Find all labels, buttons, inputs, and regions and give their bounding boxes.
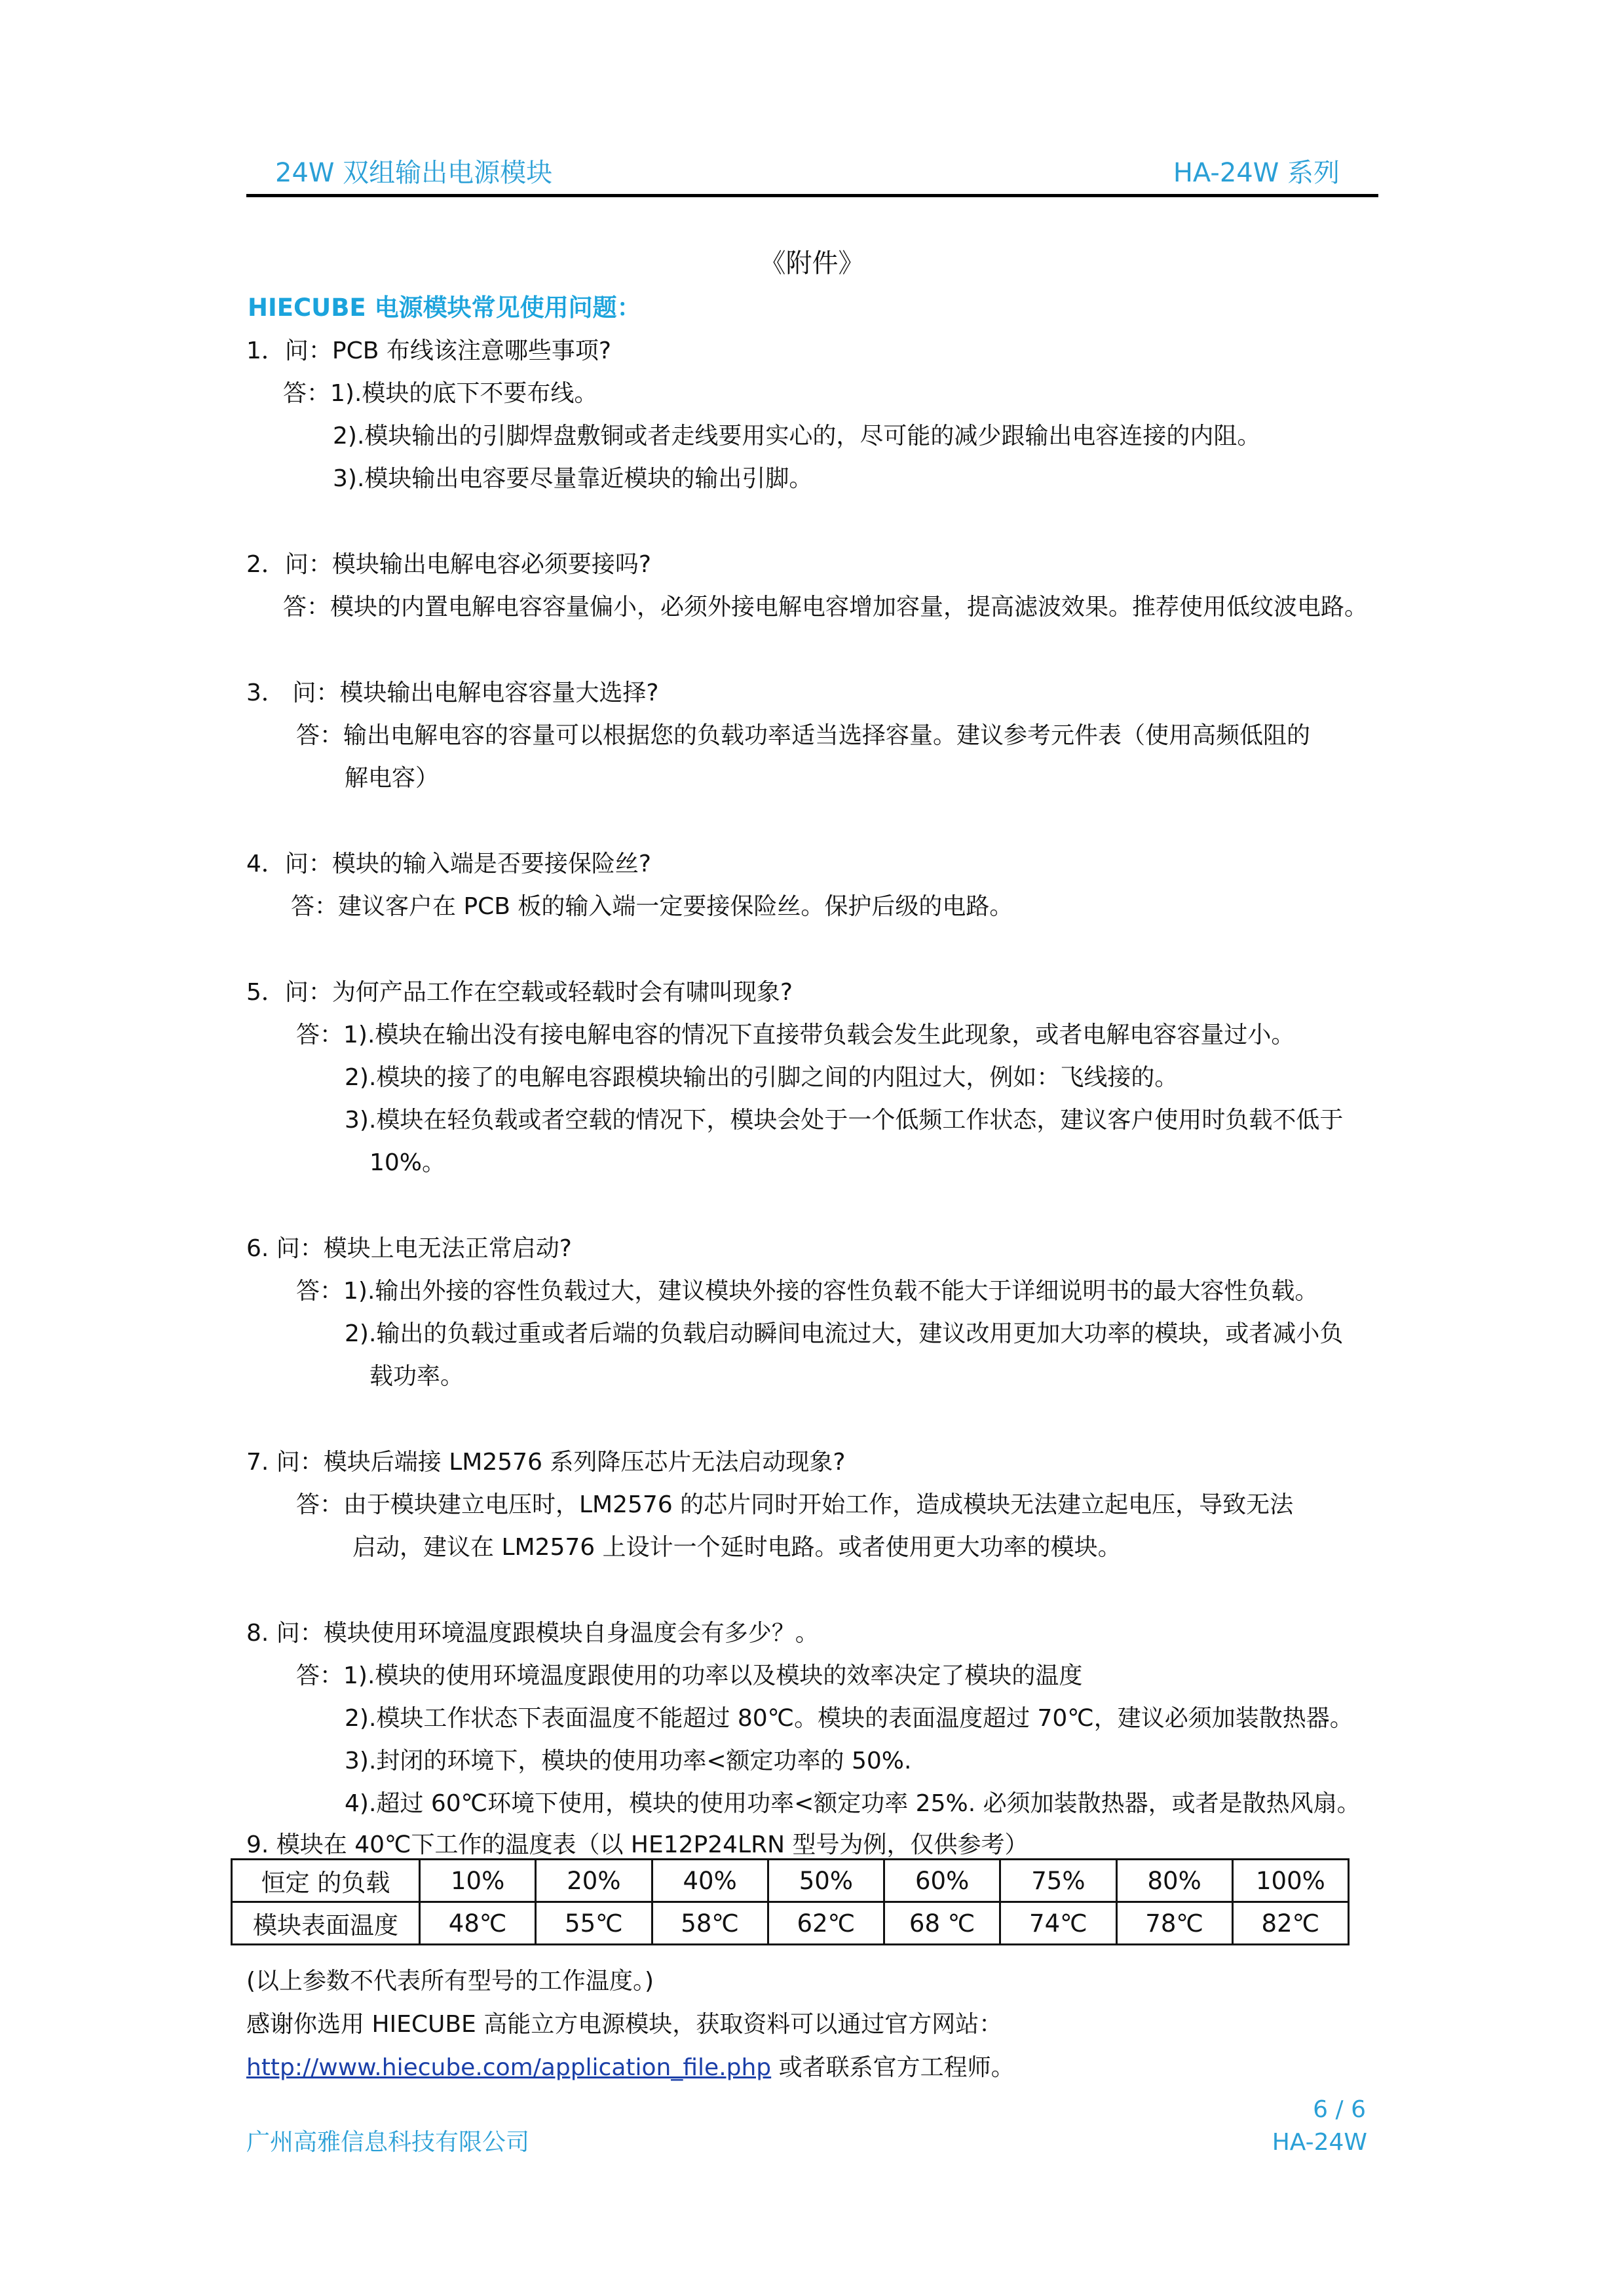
faq-5-answer-4: 10%。 bbox=[369, 1146, 445, 1180]
website-link[interactable]: http://www.hiecube.com/application_file.… bbox=[246, 2054, 771, 2081]
faq-3-question: 3． 问：模块输出电解电容容量大选择? bbox=[246, 676, 658, 710]
faq-6-answer-2: 2).输出的负载过重或者后端的负载启动瞬间电流过大，建议改用更加大功率的模块，或… bbox=[345, 1317, 1343, 1351]
table-cell: 20% bbox=[536, 1860, 652, 1902]
table-caption: 9. 模块在 40℃下工作的温度表（以 HE12P24LRN 型号为例，仅供参考… bbox=[246, 1828, 1029, 1862]
faq-5-answer-1: 答：1).模块在输出没有接电解电容的情况下直接带负载会发生此现象，或者电解电容容… bbox=[296, 1018, 1294, 1052]
faq-8-answer-4: 4).超过 60℃环境下使用，模块的使用功率<额定功率 25%. 必须加装散热器… bbox=[345, 1787, 1361, 1821]
table-cell: 40% bbox=[652, 1860, 768, 1902]
contact-suffix: 或者联系官方工程师。 bbox=[771, 2054, 1014, 2081]
table-cell: 58℃ bbox=[652, 1902, 768, 1945]
header-divider bbox=[246, 194, 1378, 197]
row-header-temperature: 模块表面温度 bbox=[232, 1902, 420, 1945]
table-cell: 62℃ bbox=[768, 1902, 884, 1945]
document-title: 《附件》 bbox=[0, 245, 1624, 282]
temperature-table: 恒定 的负载 10% 20% 40% 50% 60% 75% 80% 100% … bbox=[231, 1858, 1350, 1945]
thanks-text: 感谢你选用 HIECUBE 高能立方电源模块，获取资料可以通过官方网站： bbox=[246, 2008, 1002, 2042]
faq-6-question: 6. 问：模块上电无法正常启动? bbox=[246, 1232, 572, 1266]
faq-8-answer-3: 3).封闭的环境下，模块的使用功率<额定功率的 50%. bbox=[345, 1744, 911, 1778]
table-cell: 80% bbox=[1116, 1860, 1232, 1902]
faq-8-question: 8. 问：模块使用环境温度跟模块自身温度会有多少？。 bbox=[246, 1617, 819, 1651]
footer-model: HA-24W bbox=[1272, 2127, 1367, 2158]
table-cell: 100% bbox=[1232, 1860, 1348, 1902]
faq-3-answer-2: 解电容） bbox=[345, 761, 439, 795]
faq-5-answer-2: 2).模块的接了的电解电容跟模块输出的引脚之间的内阻过大，例如：飞线接的。 bbox=[345, 1061, 1178, 1095]
faq-2-answer-1: 答：模块的内置电解电容容量偏小，必须外接电解电容增加容量，提高滤波效果。推荐使用… bbox=[283, 590, 1368, 624]
header-left-title: 24W 双组输出电源模块 bbox=[275, 156, 552, 190]
faq-3-answer-1: 答：输出电解电容的容量可以根据您的负载功率适当选择容量。建议参考元件表（使用高频… bbox=[296, 719, 1310, 753]
table-cell: 75% bbox=[1000, 1860, 1116, 1902]
faq-6-answer-3: 载功率。 bbox=[369, 1360, 464, 1394]
faq-5-question: 5．问：为何产品工作在空载或轻载时会有啸叫现象? bbox=[246, 976, 793, 1010]
contact-line: http://www.hiecube.com/application_file.… bbox=[246, 2051, 1015, 2085]
faq-2-question: 2．问：模块输出电解电容必须要接吗? bbox=[246, 548, 651, 582]
faq-4-question: 4．问：模块的输入端是否要接保险丝? bbox=[246, 847, 651, 881]
faq-1-question: 1．问：PCB 布线该注意哪些事项? bbox=[246, 334, 611, 368]
faq-8-answer-1: 答：1).模块的使用环境温度跟使用的功率以及模块的效率决定了模块的温度 bbox=[296, 1659, 1082, 1693]
table-cell: 78℃ bbox=[1116, 1902, 1232, 1945]
table-row-temperature: 模块表面温度 48℃ 55℃ 58℃ 62℃ 68 ℃ 74℃ 78℃ 82℃ bbox=[232, 1902, 1349, 1945]
table-cell: 82℃ bbox=[1232, 1902, 1348, 1945]
page-number: 6 / 6 bbox=[1313, 2094, 1366, 2126]
table-cell: 60% bbox=[884, 1860, 1000, 1902]
table-cell: 68 ℃ bbox=[884, 1902, 1000, 1945]
table-cell: 10% bbox=[420, 1860, 536, 1902]
table-cell: 55℃ bbox=[536, 1902, 652, 1945]
table-cell: 50% bbox=[768, 1860, 884, 1902]
row-header-load: 恒定 的负载 bbox=[232, 1860, 420, 1902]
table-cell: 74℃ bbox=[1000, 1902, 1116, 1945]
table-note: (以上参数不代表所有型号的工作温度。) bbox=[246, 1964, 654, 1999]
faq-7-answer-2: 启动，建议在 LM2576 上设计一个延时电路。或者使用更大功率的模块。 bbox=[352, 1531, 1122, 1565]
faq-1-answer-1: 答：1).模块的底下不要布线。 bbox=[283, 377, 597, 411]
faq-6-answer-1: 答：1).输出外接的容性负载过大，建议模块外接的容性负载不能大于详细说明书的最大… bbox=[296, 1274, 1318, 1309]
faq-7-question: 7. 问：模块后端接 LM2576 系列降压芯片无法启动现象? bbox=[246, 1445, 846, 1480]
table-cell: 48℃ bbox=[420, 1902, 536, 1945]
header-right-title: HA-24W 系列 bbox=[1173, 156, 1340, 190]
faq-7-answer-1: 答：由于模块建立电压时，LM2576 的芯片同时开始工作，造成模块无法建立起电压… bbox=[296, 1488, 1293, 1522]
table-row-load: 恒定 的负载 10% 20% 40% 50% 60% 75% 80% 100% bbox=[232, 1860, 1349, 1902]
faq-1-answer-3: 3).模块输出电容要尽量靠近模块的输出引脚。 bbox=[333, 462, 812, 496]
faq-8-answer-2: 2).模块工作状态下表面温度不能超过 80℃。模块的表面温度超过 70℃，建议必… bbox=[345, 1702, 1353, 1736]
faq-4-answer-1: 答：建议客户在 PCB 板的输入端一定要接保险丝。保护后级的电路。 bbox=[291, 890, 1013, 924]
faq-1-answer-2: 2).模块输出的引脚焊盘敷铜或者走线要用实心的，尽可能的减少跟输出电容连接的内阻… bbox=[333, 419, 1260, 453]
footer-company: 广州高雅信息科技有限公司 bbox=[246, 2127, 529, 2158]
faq-5-answer-3: 3).模块在轻负载或者空载的情况下，模块会处于一个低频工作状态，建议客户使用时负… bbox=[345, 1103, 1343, 1138]
section-heading: HIECUBE 电源模块常见使用问题： bbox=[248, 291, 641, 325]
